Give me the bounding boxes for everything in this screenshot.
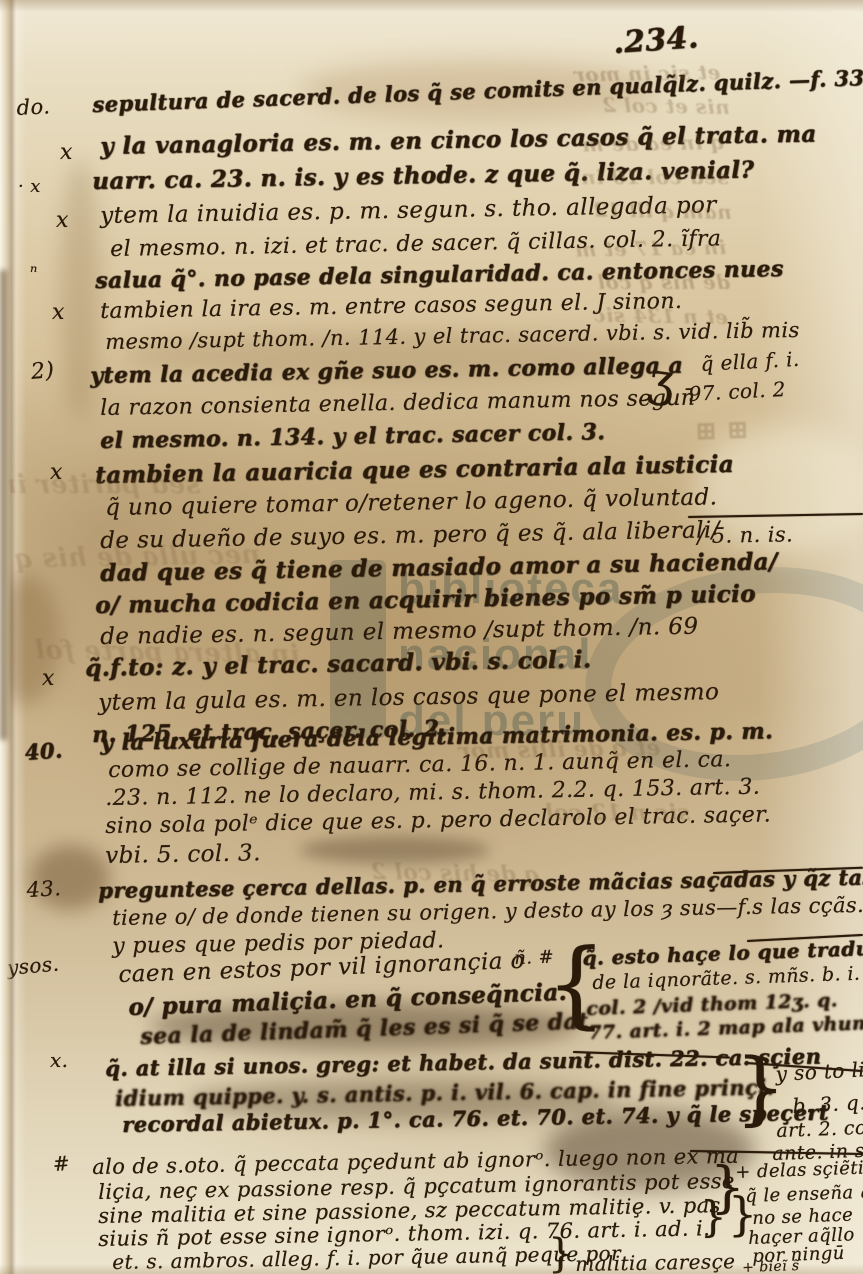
bleedthrough-text: ⊞ ⊞ — [694, 415, 749, 447]
manuscript-line: el mesmo. n. 134. y el trac. sacer col. … — [100, 419, 605, 454]
manuscript-line: vbi. 5. col. 3. — [105, 840, 261, 869]
manuscript-line: sepultura de sacerd. de los q̃ se comits… — [92, 62, 863, 117]
bleedthrough-text: sic n 12 col — [545, 800, 690, 826]
page-edge-shadow — [0, 270, 7, 740]
marginal-note: q̃ ella f. i. — [700, 347, 800, 376]
marginal-note: / 5. n. is. — [697, 522, 793, 548]
bleedthrough-text: sed pariter in his mo — [0, 470, 200, 500]
marginal-note: y so to li — [775, 1057, 863, 1086]
margin-mark: # — [52, 1151, 71, 1176]
marginal-note: + delas sçiẽtia — [735, 1157, 863, 1183]
bleedthrough-text: nis et col 2 — [602, 93, 730, 119]
bleedthrough-text: in ca 17 et m — [575, 235, 727, 262]
bleedthrough-text: q in ea de m — [582, 130, 725, 156]
bleedthrough-text: sed col 10 in — [581, 165, 728, 189]
margin-mark: x — [42, 666, 55, 691]
marginal-note: b. 3. q. 3. — [792, 1089, 863, 1118]
bleedthrough-text: nec ulla de his q m — [0, 540, 261, 575]
margin-mark: ⁿ — [30, 262, 38, 283]
marginal-note: art. 2. col. — [776, 1116, 863, 1142]
bleedthrough-text: et sic in mor — [574, 60, 721, 87]
margin-mark: x — [56, 208, 69, 233]
bleedthrough-text: de his q col — [597, 270, 730, 294]
page-number: .234. — [612, 20, 700, 61]
manuscript-line: la razon consienta enella. dedica manum … — [100, 386, 696, 421]
page-edge-bottom — [0, 1264, 863, 1274]
manuscript-page: biblioteca nacional del peru .234. do.x·… — [0, 0, 863, 1274]
margin-mark: 40. — [24, 737, 63, 765]
margin-mark: x — [52, 300, 65, 325]
bleedthrough-text: et n 134 sic — [593, 303, 728, 329]
bleedthrough-text: nam q ill 12 — [593, 198, 732, 224]
margin-mark: · x — [18, 176, 41, 197]
margin-mark: x — [60, 140, 73, 165]
manuscript-line: ytem la acedia ex gñe suo es. m. como al… — [90, 353, 683, 389]
bleedthrough-text: in altera parte fol — [34, 635, 300, 670]
marginal-note: q̃ le enseña q̃ — [745, 1182, 863, 1207]
margin-mark: x. — [50, 1048, 68, 1072]
ink-rule — [688, 513, 863, 518]
bleedthrough-text: q de his col 2 — [370, 859, 540, 888]
margin-mark: do. — [16, 94, 51, 120]
page-edge-top — [0, 0, 863, 12]
bleedthrough-text: et q de illis mor — [458, 735, 660, 765]
margin-mark: 2) — [30, 358, 55, 385]
margin-mark: 43. — [26, 876, 62, 902]
marginal-note: 97. col. 2 — [688, 377, 786, 406]
